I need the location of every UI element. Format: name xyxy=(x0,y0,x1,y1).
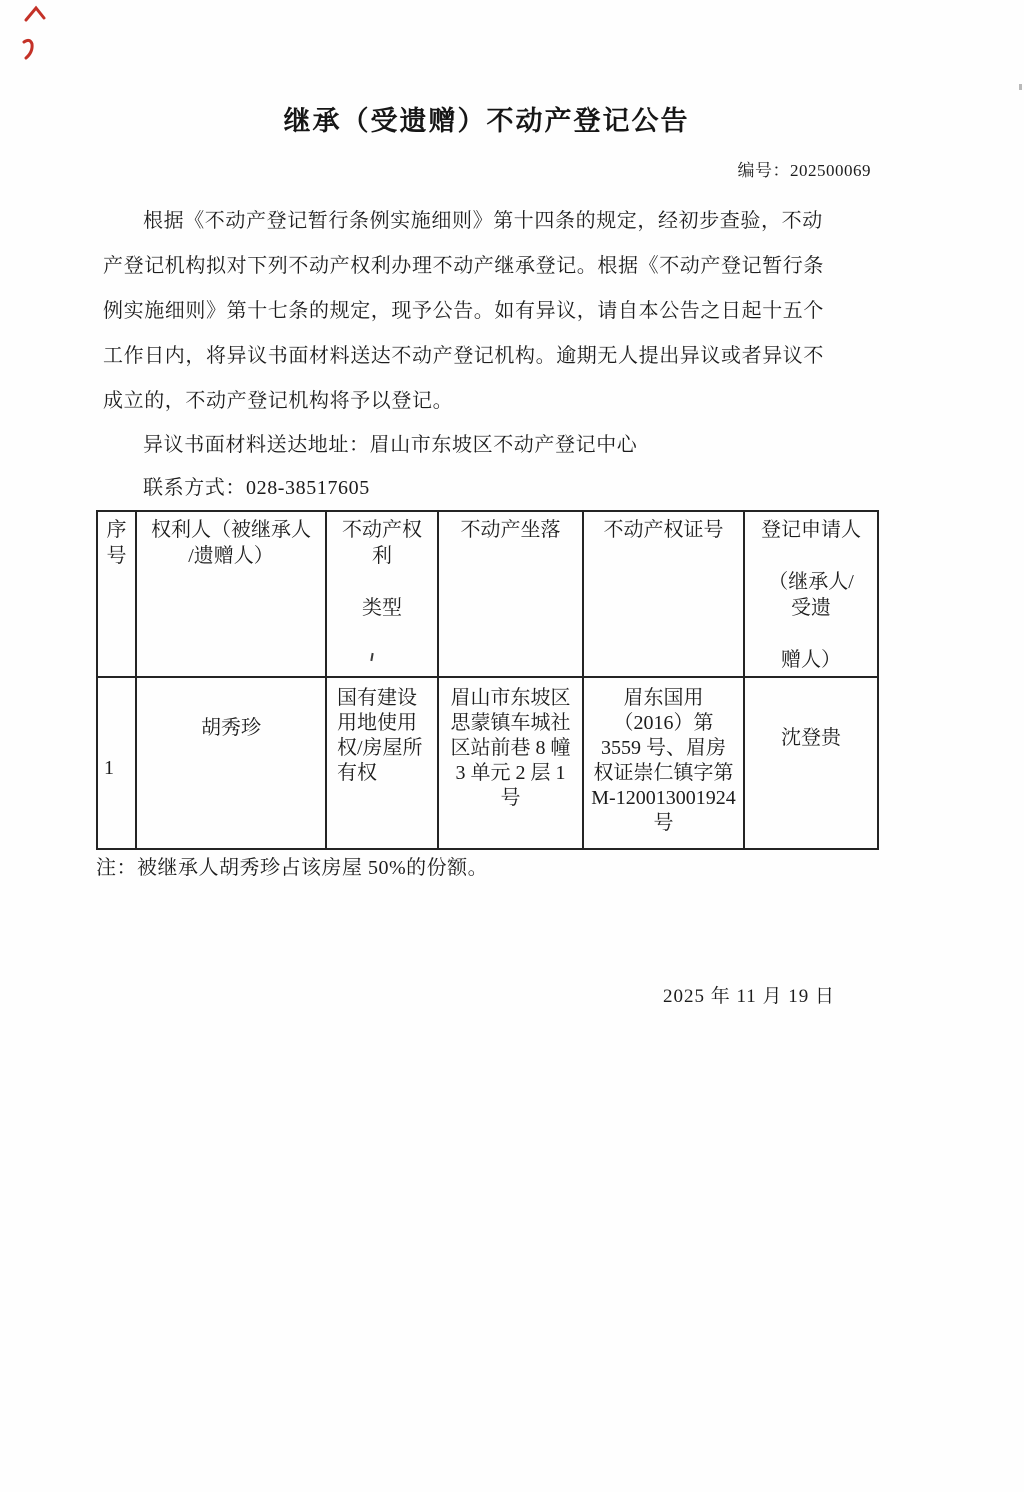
header-owner: 权利人（被继承人 /遗赠人） xyxy=(136,511,326,677)
note-line: 注：被继承人胡秀珍占该房屋 50%的份额。 xyxy=(96,853,877,883)
header-right-type: 不动产权 利 类型 xyxy=(326,511,438,677)
contact-line: 联系方式：028-38517605 xyxy=(96,467,877,510)
header-applicant: 登记申请人 （继承人/ 受遗 赠人） xyxy=(744,511,878,677)
paragraph-line: 成立的，不动产登记机构将予以登记。 xyxy=(96,379,877,424)
header-location: 不动产坐落 xyxy=(438,511,583,677)
table-row: 1 胡秀珍 国有建设 用地使用 权/房屋所 有权 眉山市东坡区 思蒙镇车城社 区… xyxy=(97,677,878,849)
notice-paragraph: 根据《不动产登记暂行条例实施细则》第十四条的规定，经初步查验，不动产登记机构拟对… xyxy=(96,199,877,424)
cell-index: 1 xyxy=(97,677,136,849)
red-pen-marks-icon xyxy=(14,4,58,62)
address-line: 异议书面材料送达地址：眉山市东坡区不动产登记中心 xyxy=(96,424,877,467)
header-index: 序 号 xyxy=(97,511,136,677)
header-cert-no: 不动产权证号 xyxy=(583,511,744,677)
page-title: 继承（受遗赠）不动产登记公告 xyxy=(96,103,877,139)
cell-cert-no: 眉东国用 （2016）第 3559 号、眉房 权证崇仁镇字第 M-1200130… xyxy=(583,677,744,849)
paragraph-line: 产登记机构拟对下列不动产权利办理不动产继承登记。根据《不动产登记暂行条 xyxy=(96,244,877,289)
paragraph-line: 例实施细则》第十七条的规定，现予公告。如有异议，请自本公告之日起十五个 xyxy=(96,289,877,334)
scanned-notice-page: 继承（受遗赠）不动产登记公告 编号：202500069 根据《不动产登记暂行条例… xyxy=(0,0,1024,1492)
table-header-row: 序 号 权利人（被继承人 /遗赠人） 不动产权 利 类型 不动产坐落 不动产权证… xyxy=(97,511,878,677)
cell-right-type: 国有建设 用地使用 权/房屋所 有权 xyxy=(326,677,438,849)
registration-table: 序 号 权利人（被继承人 /遗赠人） 不动产权 利 类型 不动产坐落 不动产权证… xyxy=(96,510,879,850)
date-line: 2025 年 11 月 19 日 xyxy=(96,984,877,1010)
paragraph-line: 根据《不动产登记暂行条例实施细则》第十四条的规定，经初步查验，不动 xyxy=(96,199,877,244)
cell-applicant: 沈登贵 xyxy=(744,677,878,849)
doc-number: 编号：202500069 xyxy=(96,159,877,183)
cell-owner: 胡秀珍 xyxy=(136,677,326,849)
cell-location: 眉山市东坡区 思蒙镇车城社 区站前巷 8 幢 3 单元 2 层 1 号 xyxy=(438,677,583,849)
paragraph-line: 工作日内，将异议书面材料送达不动产登记机构。逾期无人提出异议或者异议不 xyxy=(96,334,877,379)
edge-scan-speck xyxy=(1019,84,1022,90)
document-body: 继承（受遗赠）不动产登记公告 编号：202500069 根据《不动产登记暂行条例… xyxy=(96,0,877,1010)
